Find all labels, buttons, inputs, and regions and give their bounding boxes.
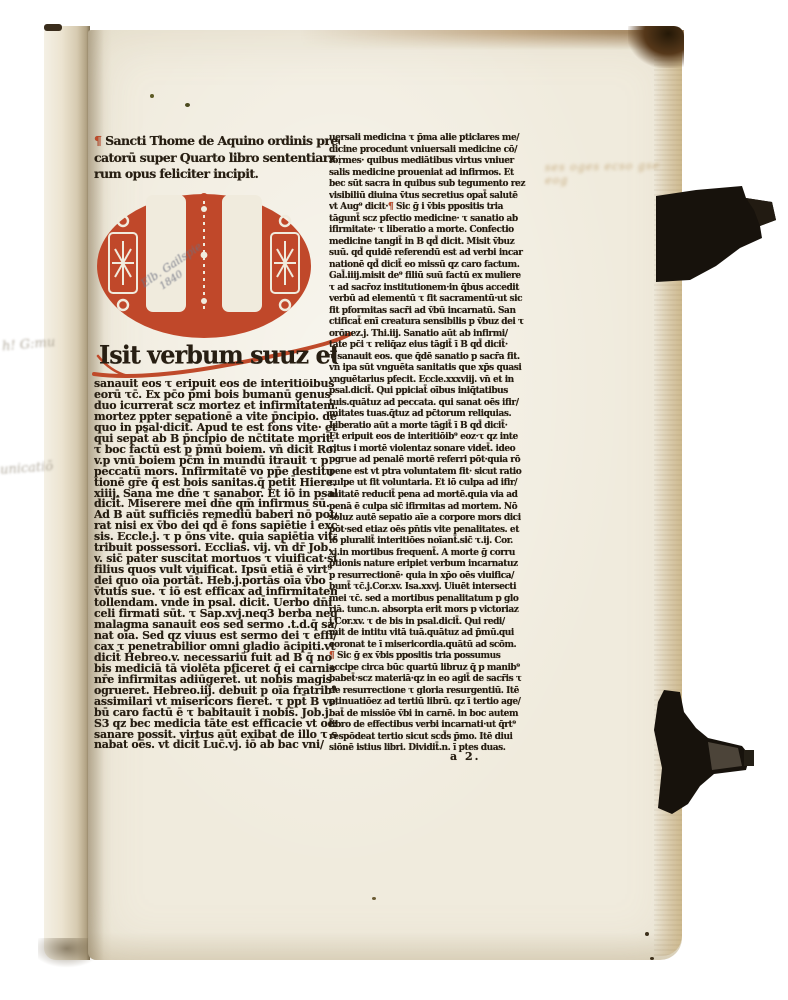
- text-line: Gal̄.iiij.misit de⁹ filiū suū factū ex m…: [329, 271, 528, 283]
- binding-top-notch: [44, 24, 62, 31]
- text-line: penā ē culpa sic̄ ifirmitas ad mortem. N…: [329, 502, 528, 514]
- text-line: τ sanauit eos. que q̄dē sanatio p sacr̄a…: [329, 352, 528, 364]
- text-line: tāgunt̄ scz pfectio medicine· τ sanatio …: [329, 214, 528, 226]
- worm-spot: [150, 94, 154, 98]
- incipit-heading: ¶ Sancti Thome de Aquino ordinis predica…: [94, 133, 340, 183]
- incipit-first-line: Isit verbum suuz et: [99, 341, 337, 368]
- text-line: mitates tuas.q̄tuz ad pc̄torum reliquias…: [329, 409, 528, 421]
- text-line: suū. qd̄ quidē referendū est ad verbi in…: [329, 248, 528, 260]
- text-line: xj.in mortibus frequent̄. A morte ḡ corr…: [329, 548, 528, 560]
- text-line: nabat oēs. vt dicit̄ Luc̄.vj. iō ab bac …: [94, 740, 337, 751]
- text-line: vt Aug⁹ dicit·¶ Sic ḡ i v̄bis ppositis t…: [329, 202, 528, 214]
- pilcrow-rubric: ¶: [94, 133, 105, 148]
- text-line: ¶ Sancti Thome de Aquino ordinis predi: [94, 133, 340, 150]
- text-line: ritus i mortē violentaz sonare videt̄. i…: [329, 444, 528, 456]
- binding-clasp-upper: [656, 186, 782, 290]
- text-line: ptinuatiōez ad tertiū librū. qz ī tertio…: [329, 697, 528, 709]
- text-line: p resurrectionē· quia in xp̄o oēs viuifi…: [329, 571, 528, 583]
- text-line: tate pc̄i τ reliq̄az eius tāgit̄ ī B qd̄…: [329, 340, 528, 352]
- text-line: tuis.quātuz ad peccata. qui sanat oēs if…: [329, 398, 528, 410]
- text-line: visibiliū diuina v̄tus secretius opat̄ s…: [329, 191, 528, 203]
- text-line: psal.dicit̄. Qui ppiciat̄ oībus iniq̄tat…: [329, 386, 528, 398]
- text-line: ¶ Sic ḡ ex v̄bis ppositis tria possumus: [329, 651, 528, 663]
- top-edge-stain: [300, 30, 684, 50]
- text-line: coronat te ī misericordia.quātū ad scōm.: [329, 640, 528, 652]
- text-line: mit de intitu vitā tuā.quātuz ad p̄mū.qu…: [329, 628, 528, 640]
- text-line: verbū ad elementū τ fit sacramentū·ut si…: [329, 294, 528, 306]
- text-line: vn̄ ipa sūt vnguēta sanitatis que xp̄s q…: [329, 363, 528, 375]
- text-column-left: sanauit eos τ eripuit eos de interitiōib…: [94, 379, 337, 751]
- text-column-right: uersali medicina τ p̄ma alie pticl̄ares …: [329, 133, 528, 755]
- book-photograph: h! G:mu unicatiō ses oges ecso gse eog ¶…: [0, 0, 788, 1000]
- text-line: accipe circa būc quartū libruz q̄ p mani…: [329, 663, 528, 675]
- text-line: uersali medicina τ p̄ma alie pticl̄ares …: [329, 133, 528, 145]
- text-line: salis medicine proueniat ad infirmos. Et: [329, 168, 528, 180]
- worm-spot: [645, 932, 649, 936]
- text-line: dicine procedunt vniuersali medicine cō/: [329, 145, 528, 157]
- text-line: ifirmitate· τ liberatio a morte. Confect…: [329, 225, 528, 237]
- text-line: mitatē reducit̄ pena ad mortē.quia via a…: [329, 490, 528, 502]
- text-line: j.Cor.xv. τ de bis in psal.dicit̄. Qui r…: [329, 617, 528, 629]
- text-line: ctificat̄ enī creatura sensibilis p v̄bu…: [329, 317, 528, 329]
- text-line: iō pluralit̄ interitiōes noīant̄.sic̄ τ.…: [329, 536, 528, 548]
- text-line: Et eripuit eos de interitiōib⁹ eoz·τ qz …: [329, 432, 528, 444]
- text-line: vnguētarius pfecit. Eccle.xxxviij. vn̄ e…: [329, 375, 528, 387]
- text-line: Liberatio aūt a morte tāgit̄ ī B qd̄ dic…: [329, 421, 528, 433]
- text-line: nationē qd̄ dicit̄ eo missū qz caro fact…: [329, 260, 528, 272]
- worm-spot: [650, 957, 654, 960]
- text-line: formes· quibus mediātibus virtus vniuer: [329, 156, 528, 168]
- worm-spot: [372, 897, 376, 900]
- text-line: culpe ut fit voluntaria. Et iō culpa ad …: [329, 478, 528, 490]
- ink-showthrough-stain: ses oges ecso gse eog: [545, 159, 662, 191]
- woodcut-initial-m: [94, 193, 314, 345]
- quire-signature: a 2.: [450, 750, 480, 763]
- text-line: bat̄ de missiōe v̄bi in carnē. in boc au…: [329, 709, 528, 721]
- pilcrow-rubric: ¶: [329, 651, 337, 661]
- text-line: catorū super Quarto libro sententiarz pc…: [94, 150, 340, 167]
- text-line: fit pformitas sacr̄i ad v̄bū incarnatū. …: [329, 306, 528, 318]
- text-line: respōdeat tertio sicut scd̄s p̄mo. Itē d…: [329, 732, 528, 744]
- text-line: riā. tunc.n. absorpta erit mors p victor…: [329, 605, 528, 617]
- text-line: mei τc̄. sed a mortibus penalitatum p gl…: [329, 594, 528, 606]
- text-line: babet̄·scz materiā·qz in eo agit̄ de sac…: [329, 674, 528, 686]
- text-line: pene est vt ptra voluntatem fit· sicut r…: [329, 467, 528, 479]
- top-corner-soiling: [628, 26, 684, 68]
- text-line: bunt̄ τc̄.j.Cor.xv. Isa.xxvj. Uiuēt inte…: [329, 582, 528, 594]
- pilcrow-rubric: ¶: [388, 202, 396, 212]
- text-line: pgrue ad penalē mortē referri pōt·quia r…: [329, 455, 528, 467]
- text-line: rum opus feliciter incipit.: [94, 166, 340, 183]
- worm-spot: [185, 103, 190, 107]
- text-line: orōnez.j. Thi.iij. Sanatio aūt ab infirm…: [329, 329, 528, 341]
- text-line: soluz autē sepatio aīe a corpore mors di…: [329, 513, 528, 525]
- text-line: ptionis nature eripiet verbum incarnatuz: [329, 559, 528, 571]
- text-line: τ ad sacr̄oz institutionem·in q̄bus acce…: [329, 283, 528, 295]
- text-line: bec sūt sacra in quibus sub tegumento re…: [329, 179, 528, 191]
- text-line: pōt·sed etiaz oēs pn̄tis vite penalitate…: [329, 525, 528, 537]
- text-line: de resurrectione τ gloria resurgentiū. I…: [329, 686, 528, 698]
- text-line: libro de effectibus verbi incarnati·ut q…: [329, 720, 528, 732]
- text-line: medicine tangit̄ in B qd̄ dicit. Misit v…: [329, 237, 528, 249]
- binding-clasp-lower: [650, 690, 754, 818]
- facing-leaf-edge: [44, 26, 90, 960]
- text-line: siōnē istius libri. Dividit̄.n. ī ptes d…: [329, 743, 528, 755]
